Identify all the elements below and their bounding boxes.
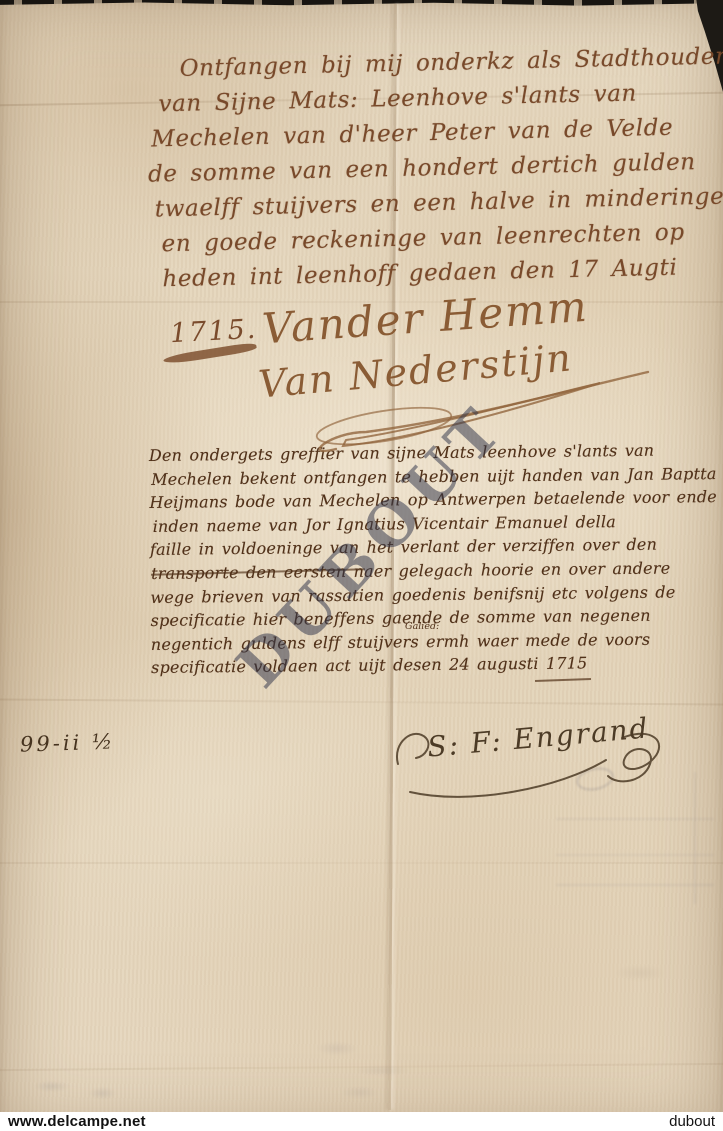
receipt-paragraph: Ontfangen bij mij onderkz als Stadthoude… [145,39,723,297]
seller-watermark: dubout [669,1113,715,1130]
delcampe-url: www.delcampe.net [8,1113,146,1130]
delcampe-footer-band: www.delcampe.net dubout [0,1112,723,1131]
scanned-manuscript-image: Ontfangen bij mij onderkz als Stadthoude… [0,0,723,1131]
margin-amount-note: 99-ii ½ [20,729,116,756]
interline-correction-note: Galied: [405,621,439,632]
